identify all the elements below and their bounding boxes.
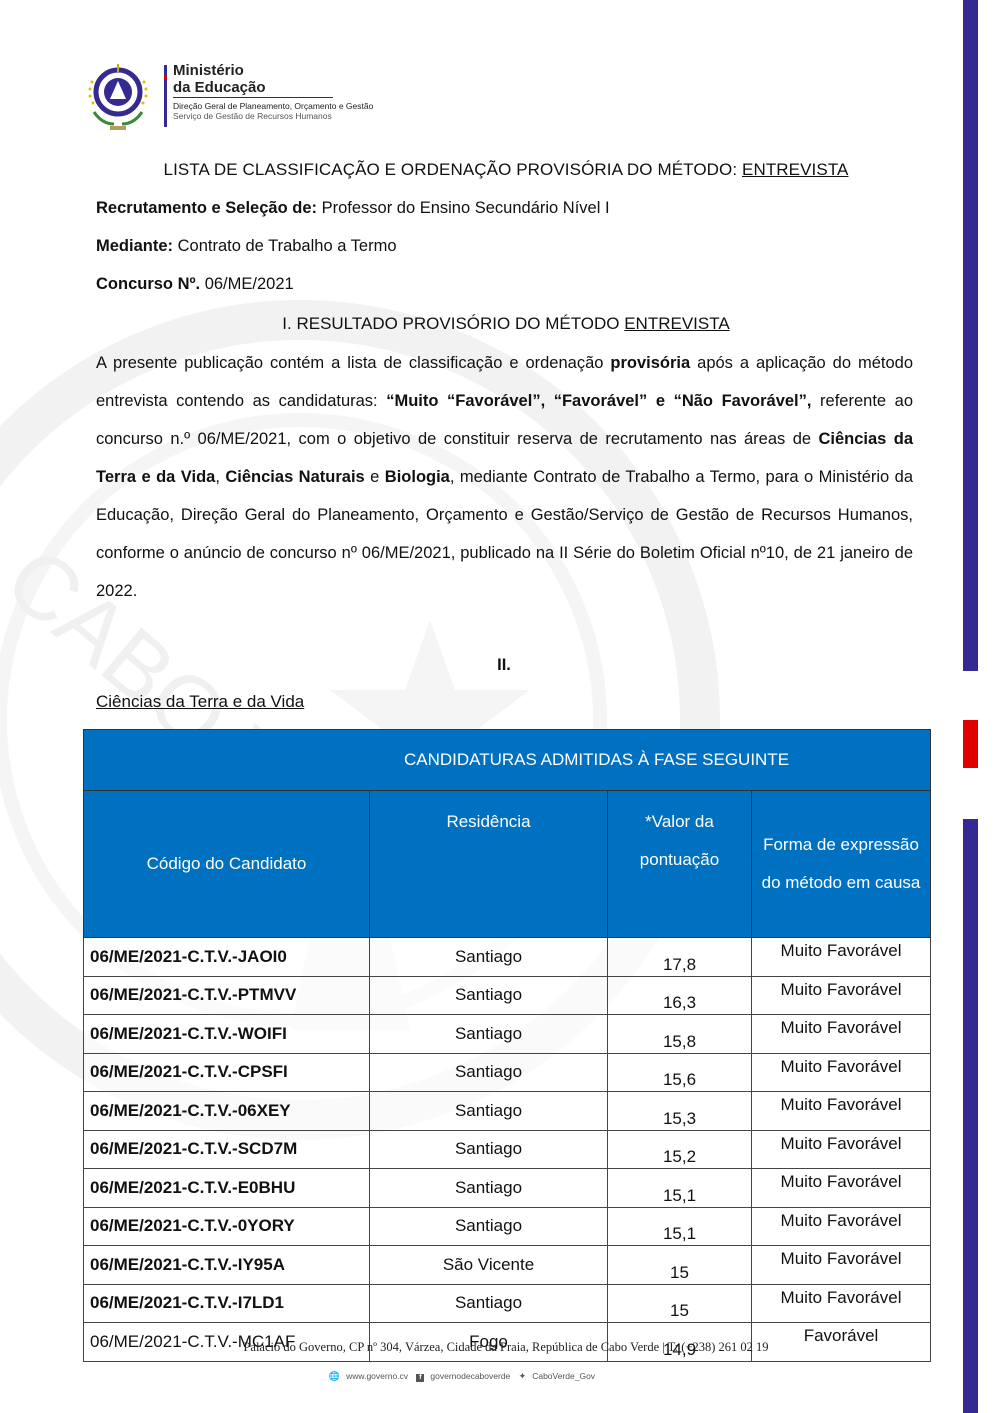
table-row: 06/ME/2021-C.T.V.-E0BHUSantiago15,1Muito… [84, 1169, 931, 1208]
residence-cell: Santiago [370, 1169, 608, 1208]
intro-paragraph: A presente publicação contém a lista de … [96, 344, 913, 610]
score-cell: 16,3 [608, 976, 752, 1015]
column-header-residence: Residência [370, 791, 608, 938]
candidate-code-cell: 06/ME/2021-C.T.V.-WOIFI [84, 1015, 370, 1054]
side-bar-navy-top [963, 0, 978, 671]
service-name: Serviço de Gestão de Recursos Humanos [173, 111, 373, 121]
footer-links: 🌐www.governo.cv fgovernodecaboverde ✦Cab… [0, 1371, 924, 1382]
column-header-code: Código do Candidato [84, 791, 370, 938]
logo-divider [164, 65, 167, 127]
residence-cell: Santiago [370, 1207, 608, 1246]
method-form-cell: Muito Favorável [752, 1246, 931, 1285]
method-form-cell: Muito Favorável [752, 938, 931, 977]
residence-cell: Santiago [370, 1284, 608, 1323]
table-row: 06/ME/2021-C.T.V.-0YORYSantiago15,1Muito… [84, 1207, 931, 1246]
score-cell: 15,3 [608, 1092, 752, 1131]
ministry-logo: Ministério da Educação Direção Geral de … [80, 62, 373, 134]
recruitment-line: Recrutamento e Seleção de: Professor do … [96, 199, 610, 218]
concurso-line: Concurso Nº. 06/ME/2021 [96, 275, 294, 294]
column-header-form: Forma de expressão do método em causa [752, 791, 931, 938]
website-link[interactable]: www.governo.cv [346, 1371, 408, 1381]
table-row: 06/ME/2021-C.T.V.-JAOI0Santiago17,8Muito… [84, 938, 931, 977]
document-title: LISTA DE CLASSIFICAÇÃO E ORDENAÇÃO PROVI… [0, 160, 1000, 180]
table-row: 06/ME/2021-C.T.V.-I7LD1Santiago15Muito F… [84, 1284, 931, 1323]
residence-cell: Santiago [370, 1130, 608, 1169]
candidate-code-cell: 06/ME/2021-C.T.V.-PTMVV [84, 976, 370, 1015]
table-row: 06/ME/2021-C.T.V.-SCD7MSantiago15,2Muito… [84, 1130, 931, 1169]
table-row: 06/ME/2021-C.T.V.-06XEYSantiago15,3Muito… [84, 1092, 931, 1131]
facebook-link[interactable]: governodecaboverde [430, 1371, 510, 1381]
facebook-icon: f [416, 1374, 424, 1382]
table-row: 06/ME/2021-C.T.V.-PTMVVSantiago16,3Muito… [84, 976, 931, 1015]
side-bar-navy-bottom [963, 819, 978, 1413]
method-form-cell: Muito Favorável [752, 976, 931, 1015]
method-form-cell: Muito Favorável [752, 1130, 931, 1169]
twitter-icon: ✦ [519, 1371, 527, 1382]
residence-cell: São Vicente [370, 1246, 608, 1285]
score-cell: 15 [608, 1284, 752, 1323]
score-cell: 15 [608, 1246, 752, 1285]
method-form-cell: Muito Favorável [752, 1284, 931, 1323]
table-body: 06/ME/2021-C.T.V.-JAOI0Santiago17,8Muito… [84, 938, 931, 1362]
candidate-code-cell: 06/ME/2021-C.T.V.-SCD7M [84, 1130, 370, 1169]
score-cell: 15,1 [608, 1207, 752, 1246]
method-form-cell: Muito Favorável [752, 1015, 931, 1054]
column-header-score: *Valor da pontuação [608, 791, 752, 938]
score-cell: 15,8 [608, 1015, 752, 1054]
residence-cell: Santiago [370, 1092, 608, 1131]
coat-of-arms-icon [80, 62, 156, 134]
candidate-code-cell: 06/ME/2021-C.T.V.-I7LD1 [84, 1284, 370, 1323]
candidate-code-cell: 06/ME/2021-C.T.V.-06XEY [84, 1092, 370, 1131]
residence-cell: Santiago [370, 976, 608, 1015]
score-cell: 15,1 [608, 1169, 752, 1208]
candidate-code-cell: 06/ME/2021-C.T.V.-IY95A [84, 1246, 370, 1285]
twitter-link[interactable]: CaboVerde_Gov [532, 1371, 595, 1381]
table-row: 06/ME/2021-C.T.V.-IY95ASão Vicente15Muit… [84, 1246, 931, 1285]
ministry-name-line2: da Educação [173, 79, 373, 96]
residence-cell: Santiago [370, 1015, 608, 1054]
table-row: 06/ME/2021-C.T.V.-WOIFISantiago15,8Muito… [84, 1015, 931, 1054]
subsection-title: Ciências da Terra e da Vida [96, 692, 304, 712]
candidate-code-cell: 06/ME/2021-C.T.V.-0YORY [84, 1207, 370, 1246]
table-row: 06/ME/2021-C.T.V.-CPSFISantiago15,6Muito… [84, 1053, 931, 1092]
residence-cell: Santiago [370, 1053, 608, 1092]
method-form-cell: Muito Favorável [752, 1053, 931, 1092]
results-table: CANDIDATURAS ADMITIDAS À FASE SEGUINTE C… [83, 729, 931, 1362]
mediante-line: Mediante: Contrato de Trabalho a Termo [96, 237, 397, 256]
department-name: Direção Geral de Planeamento, Orçamento … [173, 101, 373, 111]
section-one-title: I. RESULTADO PROVISÓRIO DO MÉTODO ENTREV… [0, 314, 1000, 334]
residence-cell: Santiago [370, 938, 608, 977]
method-form-cell: Muito Favorável [752, 1207, 931, 1246]
score-cell: 15,6 [608, 1053, 752, 1092]
score-cell: 17,8 [608, 938, 752, 977]
footer-address: Palácio do Governo, CP nº 304, Várzea, C… [0, 1340, 1000, 1355]
ministry-name-line1: Ministério [173, 62, 373, 79]
section-two-title: II. [0, 656, 1000, 675]
method-form-cell: Muito Favorável [752, 1169, 931, 1208]
candidate-code-cell: 06/ME/2021-C.T.V.-JAOI0 [84, 938, 370, 977]
side-bar-red [963, 720, 978, 768]
globe-icon: 🌐 [329, 1371, 340, 1382]
table-group-header: CANDIDATURAS ADMITIDAS À FASE SEGUINTE [84, 730, 931, 791]
candidate-code-cell: 06/ME/2021-C.T.V.-CPSFI [84, 1053, 370, 1092]
candidate-code-cell: 06/ME/2021-C.T.V.-E0BHU [84, 1169, 370, 1208]
method-form-cell: Muito Favorável [752, 1092, 931, 1131]
score-cell: 15,2 [608, 1130, 752, 1169]
